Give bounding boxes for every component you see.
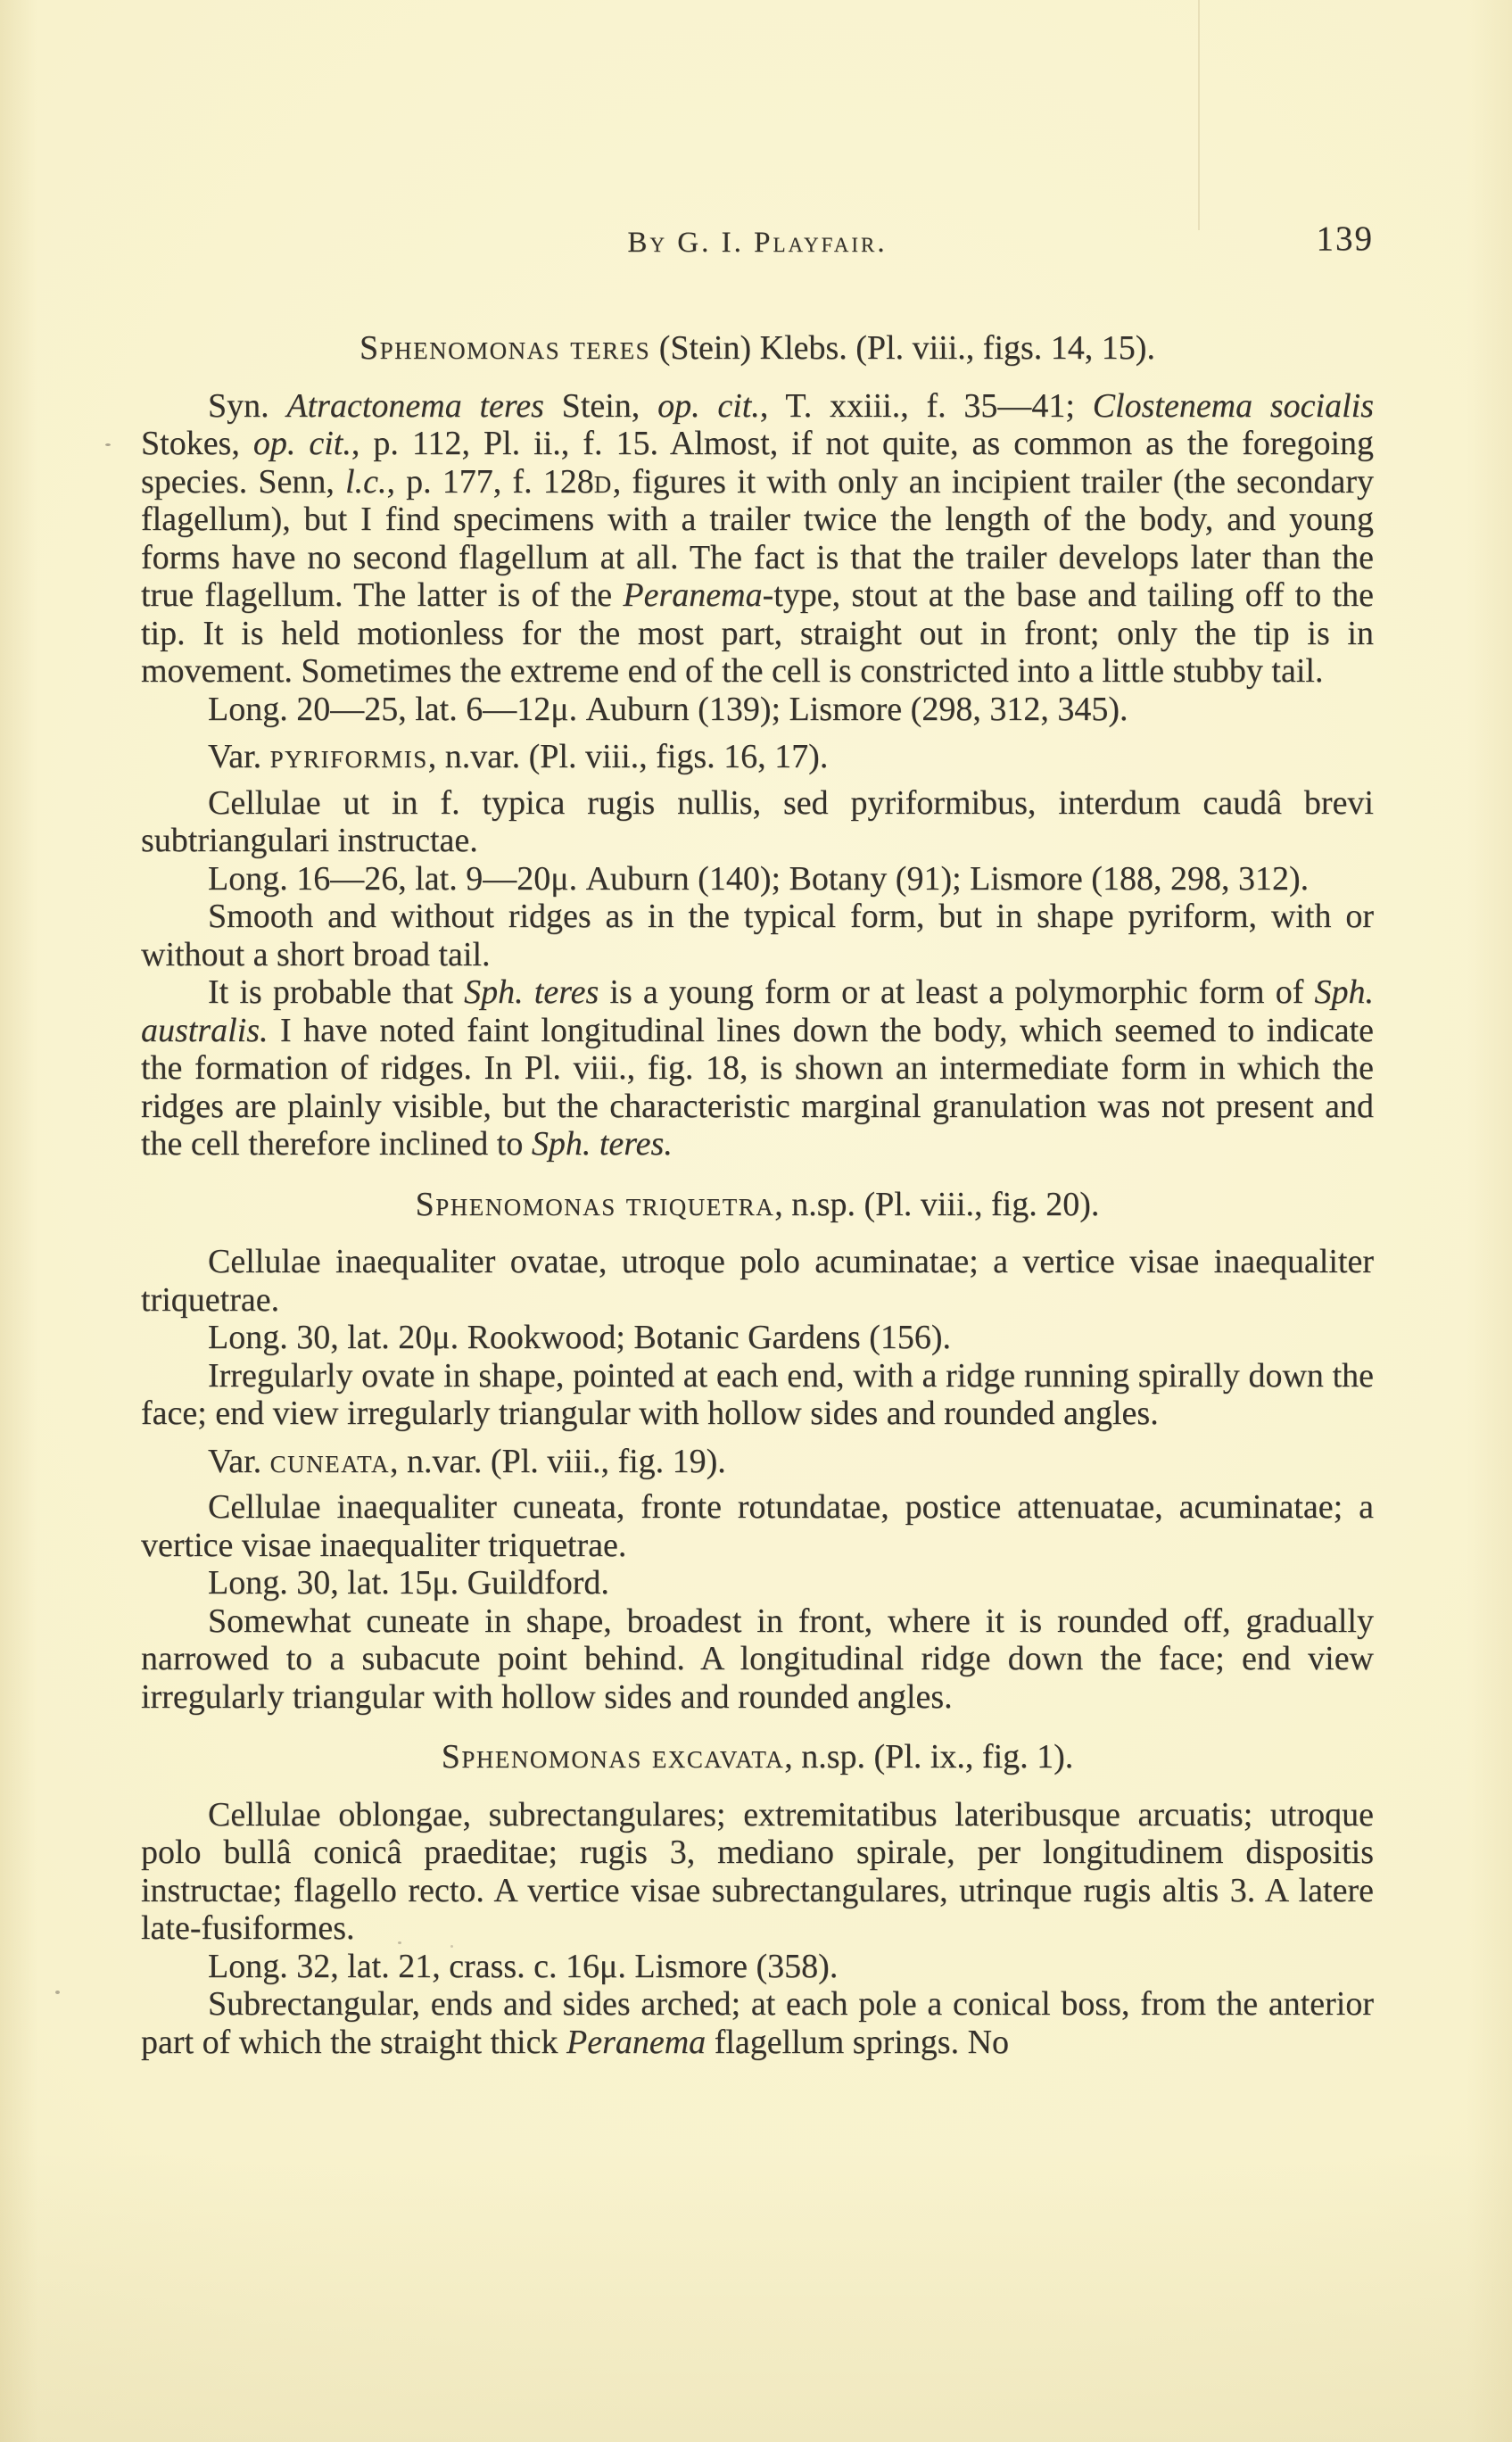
smallcaps-run: Sphenomonas triquetra bbox=[416, 1186, 775, 1223]
text-run: flagellum springs. No bbox=[706, 2024, 1009, 2061]
species-heading: Sphenomonas triquetra, n.sp. (Pl. viii.,… bbox=[141, 1186, 1374, 1224]
measurement: Long. 20—25, lat. 6—12μ. Auburn (139); L… bbox=[141, 691, 1374, 729]
measurement: Long. 16—26, lat. 9—20μ. Auburn (140); B… bbox=[141, 860, 1374, 898]
text-run: Stokes, bbox=[141, 425, 253, 462]
paragraph: Cellulae oblongae, subrectangulares; ext… bbox=[141, 1796, 1374, 1948]
content-blocks: Sphenomonas teres (Stein) Klebs. (Pl. vi… bbox=[141, 307, 1374, 2061]
text-run: , T. xxiii., f. 35—41; bbox=[760, 387, 1093, 425]
paragraph: Syn. Atractonema teres Stein, op. cit., … bbox=[141, 387, 1374, 691]
text-run: , p. 177, f. 128 bbox=[386, 463, 593, 501]
paper-speck bbox=[55, 1991, 60, 1994]
paragraph: Cellulae ut in f. typica rugis nullis, s… bbox=[141, 784, 1374, 860]
paragraph: Somewhat cuneate in shape, broadest in f… bbox=[141, 1602, 1374, 1717]
scan-crease-artifact bbox=[1198, 0, 1200, 230]
text-run: (Stein) Klebs. (Pl. viii., figs. 14, 15)… bbox=[650, 329, 1155, 367]
text-run: Long. 30, lat. 15μ. Guildford. bbox=[208, 1564, 609, 1602]
text-run: I have noted faint longitudinal lines do… bbox=[141, 1012, 1374, 1163]
text-run: Somewhat cuneate in shape, broadest in f… bbox=[141, 1602, 1374, 1716]
smallcaps-run: cuneata bbox=[270, 1443, 390, 1480]
smallcaps-run: d bbox=[594, 463, 613, 501]
italic-run: op. cit. bbox=[253, 425, 351, 462]
scanned-page: By G. I. Playfair. 139 Sphenomonas teres… bbox=[0, 0, 1512, 2442]
running-header: By G. I. Playfair. 139 bbox=[141, 223, 1374, 266]
text-run: Cellulae inaequaliter cuneata, fronte ro… bbox=[141, 1488, 1374, 1564]
species-heading: Sphenomonas teres (Stein) Klebs. (Pl. vi… bbox=[141, 329, 1374, 368]
text-run: , n.sp. (Pl. viii., fig. 20). bbox=[774, 1186, 1099, 1223]
italic-run: Sph. teres. bbox=[532, 1125, 673, 1163]
measurement: Long. 30, lat. 20μ. Rookwood; Botanic Ga… bbox=[141, 1319, 1374, 1357]
text-run: , n.var. (Pl. viii., fig. 19). bbox=[390, 1443, 726, 1480]
text-run: Var. bbox=[208, 738, 270, 775]
text-run: Syn. bbox=[208, 387, 286, 425]
smallcaps-run: pyriformis bbox=[270, 738, 428, 775]
text-run: Stein, bbox=[544, 387, 657, 425]
text-run: Cellulae inaequaliter ovatae, utroque po… bbox=[141, 1243, 1374, 1319]
variety-heading: Var. pyriformis, n.var. (Pl. viii., figs… bbox=[141, 738, 1374, 776]
text-run: Long. 30, lat. 20μ. Rookwood; Botanic Ga… bbox=[208, 1319, 951, 1356]
text-run: Smooth and without ridges as in the typi… bbox=[141, 898, 1374, 973]
italic-run: Sph. teres bbox=[464, 973, 599, 1011]
smallcaps-run: Sphenomonas teres bbox=[359, 329, 650, 367]
paragraph: Smooth and without ridges as in the typi… bbox=[141, 898, 1374, 973]
running-title: By G. I. Playfair. bbox=[141, 227, 1374, 260]
measurement: Long. 32, lat. 21, crass. c. 16μ. Lismor… bbox=[141, 1948, 1374, 1986]
paragraph: Cellulae inaequaliter ovatae, utroque po… bbox=[141, 1243, 1374, 1319]
italic-run: Peranema bbox=[623, 576, 762, 614]
variety-heading: Var. cuneata, n.var. (Pl. viii., fig. 19… bbox=[141, 1443, 1374, 1481]
text-run: Cellulae oblongae, subrectangulares; ext… bbox=[141, 1796, 1374, 1948]
text-run: Cellulae ut in f. typica rugis nullis, s… bbox=[141, 784, 1374, 860]
text-run: It is probable that bbox=[208, 973, 464, 1011]
text-run: Var. bbox=[208, 1443, 270, 1480]
text-run: , n.sp. (Pl. ix., fig. 1). bbox=[784, 1738, 1073, 1776]
species-heading: Sphenomonas excavata, n.sp. (Pl. ix., fi… bbox=[141, 1738, 1374, 1776]
italic-run: Peranema bbox=[566, 2024, 706, 2061]
italic-run: op. cit. bbox=[657, 387, 760, 425]
italic-run: l.c. bbox=[345, 463, 386, 501]
text-run: is a young form or at least a polymorphi… bbox=[599, 973, 1314, 1011]
text-run: Long. 16—26, lat. 9—20μ. Auburn (140); B… bbox=[208, 860, 1309, 898]
paragraph: Subrectangular, ends and sides arched; a… bbox=[141, 1985, 1374, 2061]
paper-speck bbox=[105, 443, 111, 446]
measurement: Long. 30, lat. 15μ. Guildford. bbox=[141, 1564, 1374, 1602]
text-run: Long. 20—25, lat. 6—12μ. Auburn (139); L… bbox=[208, 691, 1128, 728]
text-run: , n.var. (Pl. viii., figs. 16, 17). bbox=[428, 738, 829, 775]
paragraph: Irregularly ovate in shape, pointed at e… bbox=[141, 1357, 1374, 1433]
text-run: Long. 32, lat. 21, crass. c. 16μ. Lismor… bbox=[208, 1948, 838, 1985]
text-run: Irregularly ovate in shape, pointed at e… bbox=[141, 1357, 1374, 1433]
paragraph: Cellulae inaequaliter cuneata, fronte ro… bbox=[141, 1488, 1374, 1564]
italic-run: Clostenema socialis bbox=[1093, 387, 1374, 425]
page-number: 139 bbox=[1317, 219, 1375, 259]
italic-run: Atractonema teres bbox=[286, 387, 544, 425]
paragraph: It is probable that Sph. teres is a youn… bbox=[141, 973, 1374, 1163]
smallcaps-run: Sphenomonas excavata bbox=[442, 1738, 785, 1776]
